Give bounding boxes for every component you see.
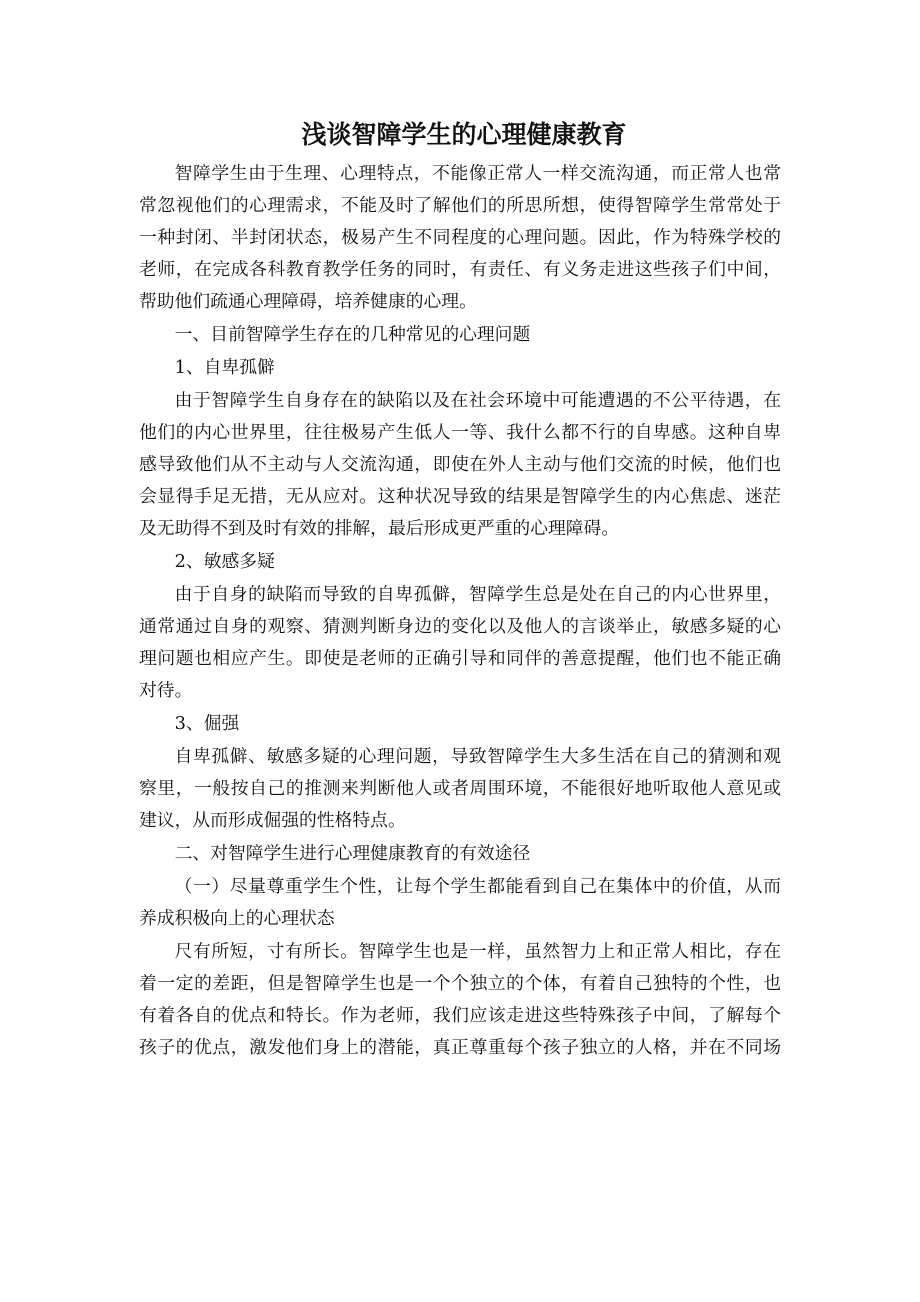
body-paragraph-respect-individuality: 尺有所短，寸有所长。智障学生也是一样，虽然智力上和正常人相比，存在 着一定的差距…: [139, 936, 781, 1064]
heading-text: 一、目前智障学生存在的几种常见的心理问题: [139, 319, 781, 351]
subheading-text: 3、倔强: [139, 708, 781, 740]
subheading-self-abasement: 1、自卑孤僻: [139, 352, 781, 384]
subheading-text: 2、敏感多疑: [139, 546, 781, 578]
text-line: 由于智障学生自身存在的缺陷以及在社会环境中可能遭遇的不公平待遇，在: [139, 385, 781, 417]
text-line: 着一定的差距，但是智障学生也是一个个独立的个体，有着自己独特的个性，也: [139, 968, 781, 1000]
subheading-text: 1、自卑孤僻: [139, 352, 781, 384]
text-line: 智障学生由于生理、心理特点，不能像正常人一样交流沟通，而正常人也常: [139, 158, 781, 190]
text-line: 建议，从而形成倔强的性格特点。: [139, 805, 781, 837]
section-heading-2: 二、对智障学生进行心理健康教育的有效途径: [139, 838, 781, 870]
subheading-text: （一）尽量尊重学生个性，让每个学生都能看到自己在集体中的价值，从而: [139, 871, 781, 903]
subheading-text: 养成积极向上的心理状态: [139, 903, 781, 935]
text-line: 一种封闭、半封闭状态，极易产生不同程度的心理问题。因此，作为特殊学校的: [139, 222, 781, 254]
text-line: 会显得手足无措，无从应对。这种状况导致的结果是智障学生的内心焦虑、迷茫: [139, 481, 781, 513]
text-line: 帮助他们疏通心理障碍，培养健康的心理。: [139, 286, 781, 318]
text-line: 由于自身的缺陷而导致的自卑孤僻，智障学生总是处在自己的内心世界里，: [139, 579, 781, 611]
text-line: 有着各自的优点和特长。作为老师，我们应该走进这些特殊孩子中间，了解每个: [139, 1000, 781, 1032]
text-line: 感导致他们从不主动与人交流沟通，即使在外人主动与他们交流的时候，他们也: [139, 449, 781, 481]
text-line: 自卑孤僻、敏感多疑的心理问题，导致智障学生大多生活在自己的猜测和观: [139, 741, 781, 773]
body-paragraph-stubborn: 自卑孤僻、敏感多疑的心理问题，导致智障学生大多生活在自己的猜测和观 察里，一般按…: [139, 741, 781, 837]
text-line: 察里，一般按自己的推测来判断他人或者周围环境，不能很好地听取他人意见或: [139, 773, 781, 805]
text-line: 理问题也相应产生。即使是老师的正确引导和同伴的善意提醒，他们也不能正确: [139, 643, 781, 675]
document-title: 浅谈智障学生的心理健康教育: [147, 112, 781, 158]
text-line: 通常通过自身的观察、猜测判断身边的变化以及他人的言谈举止，敏感多疑的心: [139, 611, 781, 643]
subheading-stubborn: 3、倔强: [139, 708, 781, 740]
subheading-sensitive: 2、敏感多疑: [139, 546, 781, 578]
text-line: 他们的内心世界里，往往极易产生低人一等、我什么都不行的自卑感。这种自卑: [139, 417, 781, 449]
body-paragraph-self-abasement: 由于智障学生自身存在的缺陷以及在社会环境中可能遭遇的不公平待遇，在 他们的内心世…: [139, 385, 781, 545]
body-paragraph-sensitive: 由于自身的缺陷而导致的自卑孤僻，智障学生总是处在自己的内心世界里， 通常通过自身…: [139, 579, 781, 707]
subheading-respect-individuality: （一）尽量尊重学生个性，让每个学生都能看到自己在集体中的价值，从而 养成积极向上…: [139, 871, 781, 935]
section-heading-1: 一、目前智障学生存在的几种常见的心理问题: [139, 319, 781, 351]
text-line: 老师，在完成各科教育教学任务的同时，有责任、有义务走进这些孩子们中间，: [139, 254, 781, 286]
text-line: 及无助得不到及时有效的排解，最后形成更严重的心理障碍。: [139, 513, 781, 545]
document-page: 浅谈智障学生的心理健康教育 智障学生由于生理、心理特点，不能像正常人一样交流沟通…: [139, 112, 781, 1064]
text-line: 对待。: [139, 675, 781, 707]
intro-paragraph: 智障学生由于生理、心理特点，不能像正常人一样交流沟通，而正常人也常 常忽视他们的…: [139, 158, 781, 318]
heading-text: 二、对智障学生进行心理健康教育的有效途径: [139, 838, 781, 870]
text-line: 尺有所短，寸有所长。智障学生也是一样，虽然智力上和正常人相比，存在: [139, 936, 781, 968]
text-line: 孩子的优点，激发他们身上的潜能，真正尊重每个孩子独立的人格，并在不同场: [139, 1032, 781, 1064]
text-line: 常忽视他们的心理需求，不能及时了解他们的所思所想，使得智障学生常常处于: [139, 190, 781, 222]
